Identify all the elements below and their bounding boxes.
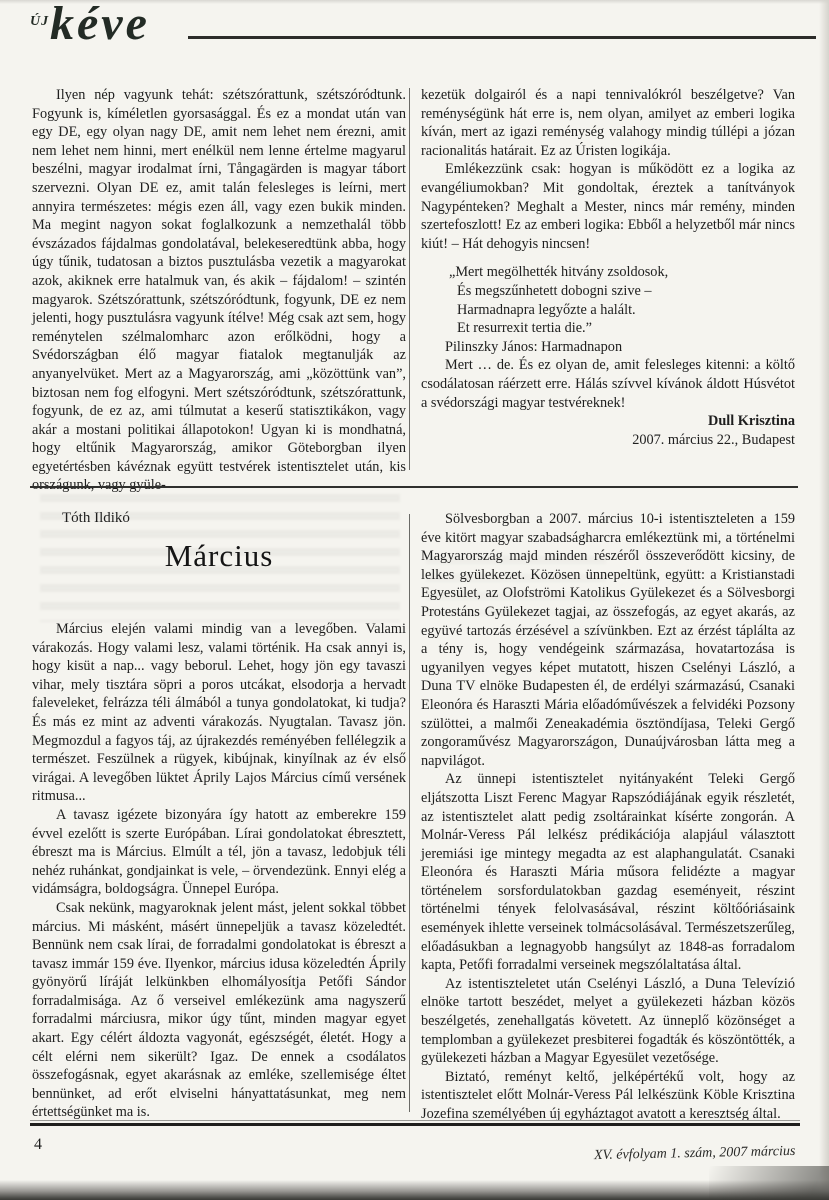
signature-date: 2007. március 22., Budapest: [421, 431, 795, 450]
poem-block: „Mert megölhették hitvány zsoldosok, És …: [449, 263, 795, 337]
article-easter-right-column: kezetük dolgairól és a napi tennivalókró…: [421, 86, 795, 449]
paragraph: Emlékezzünk csak: hogyan is működött ez …: [421, 160, 795, 253]
paragraph: A tavasz igézete bizonyára így hatott az…: [32, 806, 406, 899]
paragraph: Ilyen nép vagyunk tehát: szétszórattunk,…: [32, 86, 406, 495]
column-divider: [409, 514, 410, 1112]
masthead-prefix: ÚJ: [30, 14, 49, 30]
poem-line: Harmadnapra legyőzte a halált.: [457, 301, 795, 320]
column-divider: [409, 88, 410, 470]
article-easter-left-column: Ilyen nép vagyunk tehát: szétszórattunk,…: [32, 86, 406, 495]
scan-edge-corner: [709, 1166, 829, 1200]
issue-info: XV. évfolyam 1. szám, 2007 március: [593, 1144, 795, 1164]
footer-rule-thin: [30, 1120, 800, 1121]
section-divider-rule: [30, 486, 798, 488]
paragraph: Az ünnepi istentisztelet nyitányaként Te…: [421, 770, 795, 975]
paragraph: Március elején valami mindig van a leveg…: [32, 620, 406, 806]
poem-line: „Mert megölhették hitvány zsoldosok,: [449, 263, 795, 282]
paragraph: Biztató, reményt keltő, jelképértékű vol…: [421, 1068, 795, 1124]
poem-attribution: Pilinszky János: Harmadnapon: [421, 338, 795, 357]
footer-rule-thick: [30, 1123, 800, 1126]
paragraph: kezetük dolgairól és a napi tennivalókró…: [421, 86, 795, 160]
article-marcius-right-column: Sölvesborgban a 2007. március 10-i isten…: [421, 510, 795, 1124]
poem-line: És megszűnhetett dobogni szive –: [457, 282, 795, 301]
author-byline: Tóth Ildikó: [62, 510, 130, 527]
paragraph: Csak nekünk, magyaroknak jelent mást, je…: [32, 899, 406, 1122]
masthead-rule: [188, 36, 816, 39]
footer-rule: [30, 1120, 800, 1128]
scan-edge-right: [819, 0, 829, 1200]
scan-edge-bottom: [0, 1180, 829, 1200]
poem-line: Et resurrexit tertia die.”: [457, 319, 795, 338]
paragraph: Az istentiszteletet után Cselényi László…: [421, 975, 795, 1068]
paragraph: Mert … de. És ez olyan de, amit felesleg…: [421, 356, 795, 412]
article-title: Március: [32, 538, 406, 574]
paragraph: Sölvesborgban a 2007. március 10-i isten…: [421, 510, 795, 770]
page-number: 4: [34, 1136, 42, 1154]
article-marcius-left-column: Március elején valami mindig van a leveg…: [32, 620, 406, 1122]
signature-name: Dull Krisztina: [421, 412, 795, 431]
scanned-newsletter-page: ÚJ kéve Ilyen nép vagyunk tehát: szétszó…: [0, 0, 829, 1200]
masthead-logo: kéve: [50, 0, 150, 51]
